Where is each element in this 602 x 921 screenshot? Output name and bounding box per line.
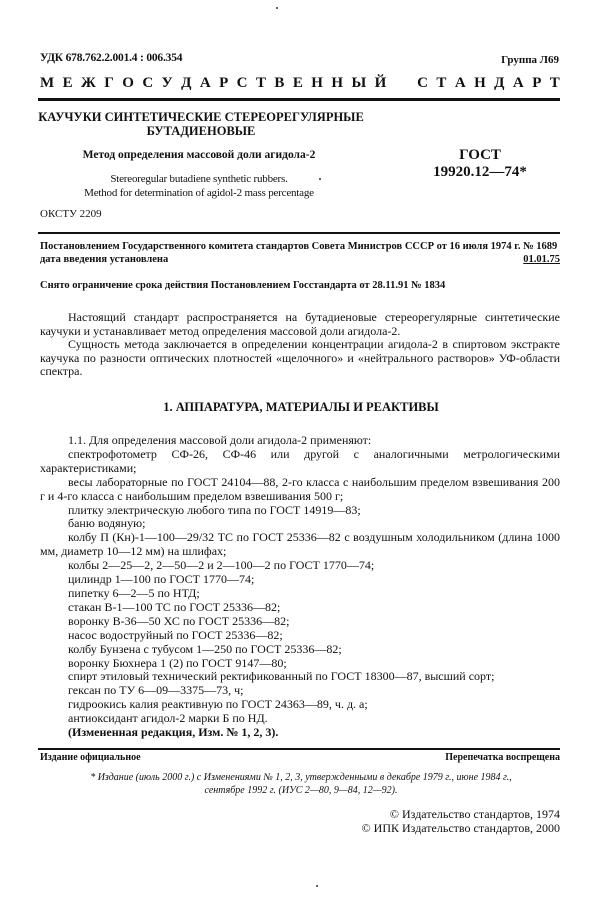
title-en-line-2: Method for determination of agidol-2 mas… bbox=[0, 186, 398, 200]
banner-letter: Р bbox=[219, 75, 228, 92]
list-item: воронку Бюхнера 1 (2) по ГОСТ 9147—80; bbox=[40, 657, 560, 671]
banner-letter: Д bbox=[181, 75, 191, 92]
banner-letter: Т bbox=[550, 75, 560, 92]
group-code: Группа Л69 bbox=[501, 54, 559, 66]
interstate-standard-banner: М Е Ж Г О С У Д А Р С Т В Е Н Н Ы Й С Т … bbox=[40, 75, 560, 92]
banner-letter: А bbox=[513, 75, 524, 92]
gost-number: 19920.12—74* bbox=[420, 164, 540, 181]
banner-letter: Т bbox=[256, 75, 266, 92]
list-item: колбу Бунзена с тубусом 1—250 по ГОСТ 25… bbox=[40, 643, 560, 657]
banner-letter: Р bbox=[532, 75, 541, 92]
banner-letter: О bbox=[122, 75, 134, 92]
list-item: колбы 2—25—2, 2—50—2 и 2—100—2 по ГОСТ 1… bbox=[40, 559, 560, 573]
banner-letter: А bbox=[200, 75, 211, 92]
banner-letter: Й bbox=[375, 75, 387, 92]
list-item: гексан по ТУ 6—09—3375—73, ч; bbox=[40, 684, 560, 698]
section-heading: 1. АППАРАТУРА, МАТЕРИАЛЫ И РЕАКТИВЫ bbox=[0, 400, 602, 415]
list-item: весы лабораторные по ГОСТ 24104—88, 2-го… bbox=[40, 476, 560, 504]
list-item: колбу П (Кн)-1—100—29/32 ТС по ГОСТ 2533… bbox=[40, 531, 560, 559]
footer-rule bbox=[38, 748, 560, 750]
equipment-list: 1.1. Для определения массовой доли агидо… bbox=[40, 434, 560, 740]
clause-1-1: 1.1. Для определения массовой доли агидо… bbox=[40, 434, 560, 448]
banner-letter: В bbox=[274, 75, 284, 92]
intro-paragraph-method: Сущность метода заключается в определени… bbox=[40, 338, 560, 379]
scan-speck bbox=[316, 885, 318, 887]
banner-letter: Ж bbox=[81, 75, 96, 92]
banner-letter: Е bbox=[293, 75, 303, 92]
banner-letter: Н bbox=[474, 75, 486, 92]
limit-lifted-note: Снято ограничение срока действия Постано… bbox=[40, 280, 445, 291]
banner-gap bbox=[395, 75, 409, 92]
list-item: цилиндр 1—100 по ГОСТ 1770—74; bbox=[40, 573, 560, 587]
standard-title: КАУЧУКИ СИНТЕТИЧЕСКИЕ СТЕРЕОРЕГУЛЯРНЫЕ Б… bbox=[0, 110, 402, 138]
banner-letter: С bbox=[417, 75, 428, 92]
banner-letter: Т bbox=[436, 75, 446, 92]
decree-text: Постановлением Государственного комитета… bbox=[40, 240, 560, 253]
list-item: антиоксидант агидол-2 марки Б по НД. bbox=[40, 712, 560, 726]
intro-section: Настоящий стандарт распространяется на б… bbox=[40, 311, 560, 379]
list-item: воронку В-36—50 ХС по ГОСТ 25336—82; bbox=[40, 615, 560, 629]
banner-letter: С bbox=[237, 75, 248, 92]
edition-footnote: * Издание (июль 2000 г.) с Изменениями №… bbox=[0, 771, 602, 797]
effective-date: 01.01.75 bbox=[523, 253, 560, 266]
list-item: спектрофотометр СФ-26, СФ-46 или другой … bbox=[40, 448, 560, 476]
list-item: насос водоструйный по ГОСТ 25336—82; bbox=[40, 629, 560, 643]
udk-code: УДК 678.762.2.001.4 : 006.354 bbox=[40, 52, 182, 64]
title-en-line-1: Stereoregular butadiene synthetic rubber… bbox=[0, 172, 398, 186]
title-line-2: БУТАДИЕНОВЫЕ bbox=[0, 124, 402, 138]
banner-letter: Н bbox=[311, 75, 323, 92]
decree-block: Постановлением Государственного комитета… bbox=[40, 240, 560, 266]
scan-speck bbox=[276, 7, 278, 9]
title-line-1: КАУЧУКИ СИНТЕТИЧЕСКИЕ СТЕРЕОРЕГУЛЯРНЫЕ bbox=[0, 110, 402, 124]
copyright-1974: © Издательство стандартов, 1974 bbox=[362, 807, 560, 821]
banner-letter: С bbox=[142, 75, 153, 92]
banner-letter: Г bbox=[104, 75, 114, 92]
footnote-line-1: * Издание (июль 2000 г.) с Изменениями №… bbox=[0, 771, 602, 784]
banner-letter: Ы bbox=[351, 75, 366, 92]
scan-speck bbox=[319, 178, 321, 180]
gost-designation: ГОСТ 19920.12—74* bbox=[420, 147, 540, 181]
okstu-code: ОКСТУ 2209 bbox=[40, 208, 102, 220]
copyright-block: © Издательство стандартов, 1974 © ИПК Из… bbox=[362, 807, 560, 835]
title-rule bbox=[38, 232, 560, 234]
method-title-en: Stereoregular butadiene synthetic rubber… bbox=[0, 172, 398, 200]
footnote-line-2: сентябре 1992 г. (ИУС 2—80, 9—84, 12—92)… bbox=[0, 784, 602, 797]
list-item: баню водяную; bbox=[40, 517, 560, 531]
banner-letter: М bbox=[40, 75, 54, 92]
banner-letter: У bbox=[162, 75, 173, 92]
header-rule bbox=[38, 98, 560, 101]
banner-letter: Н bbox=[331, 75, 343, 92]
list-item: плитку электрическую любого типа по ГОСТ… bbox=[40, 504, 560, 518]
gost-label: ГОСТ bbox=[420, 147, 540, 164]
intro-paragraph-scope: Настоящий стандарт распространяется на б… bbox=[40, 311, 560, 338]
revision-note: (Измененная редакция, Изм. № 1, 2, 3). bbox=[40, 726, 560, 740]
list-item: пипетку 6—2—5 по НТД; bbox=[40, 587, 560, 601]
list-item: спирт этиловый технический ректификованн… bbox=[40, 670, 560, 684]
copyright-2000: © ИПК Издательство стандартов, 2000 bbox=[362, 821, 560, 835]
banner-letter: А bbox=[455, 75, 466, 92]
banner-letter: Е bbox=[63, 75, 73, 92]
method-title-ru: Метод определения массовой доли агидола-… bbox=[0, 149, 398, 161]
list-item: гидроокись калия реактивную по ГОСТ 2436… bbox=[40, 698, 560, 712]
effective-date-label: дата введения установлена bbox=[40, 253, 168, 266]
banner-letter: Д bbox=[494, 75, 504, 92]
reprint-prohibited-label: Перепечатка воспрещена bbox=[445, 752, 560, 763]
list-item: стакан В-1—100 ТС по ГОСТ 25336—82; bbox=[40, 601, 560, 615]
official-edition-label: Издание официальное bbox=[40, 752, 141, 763]
